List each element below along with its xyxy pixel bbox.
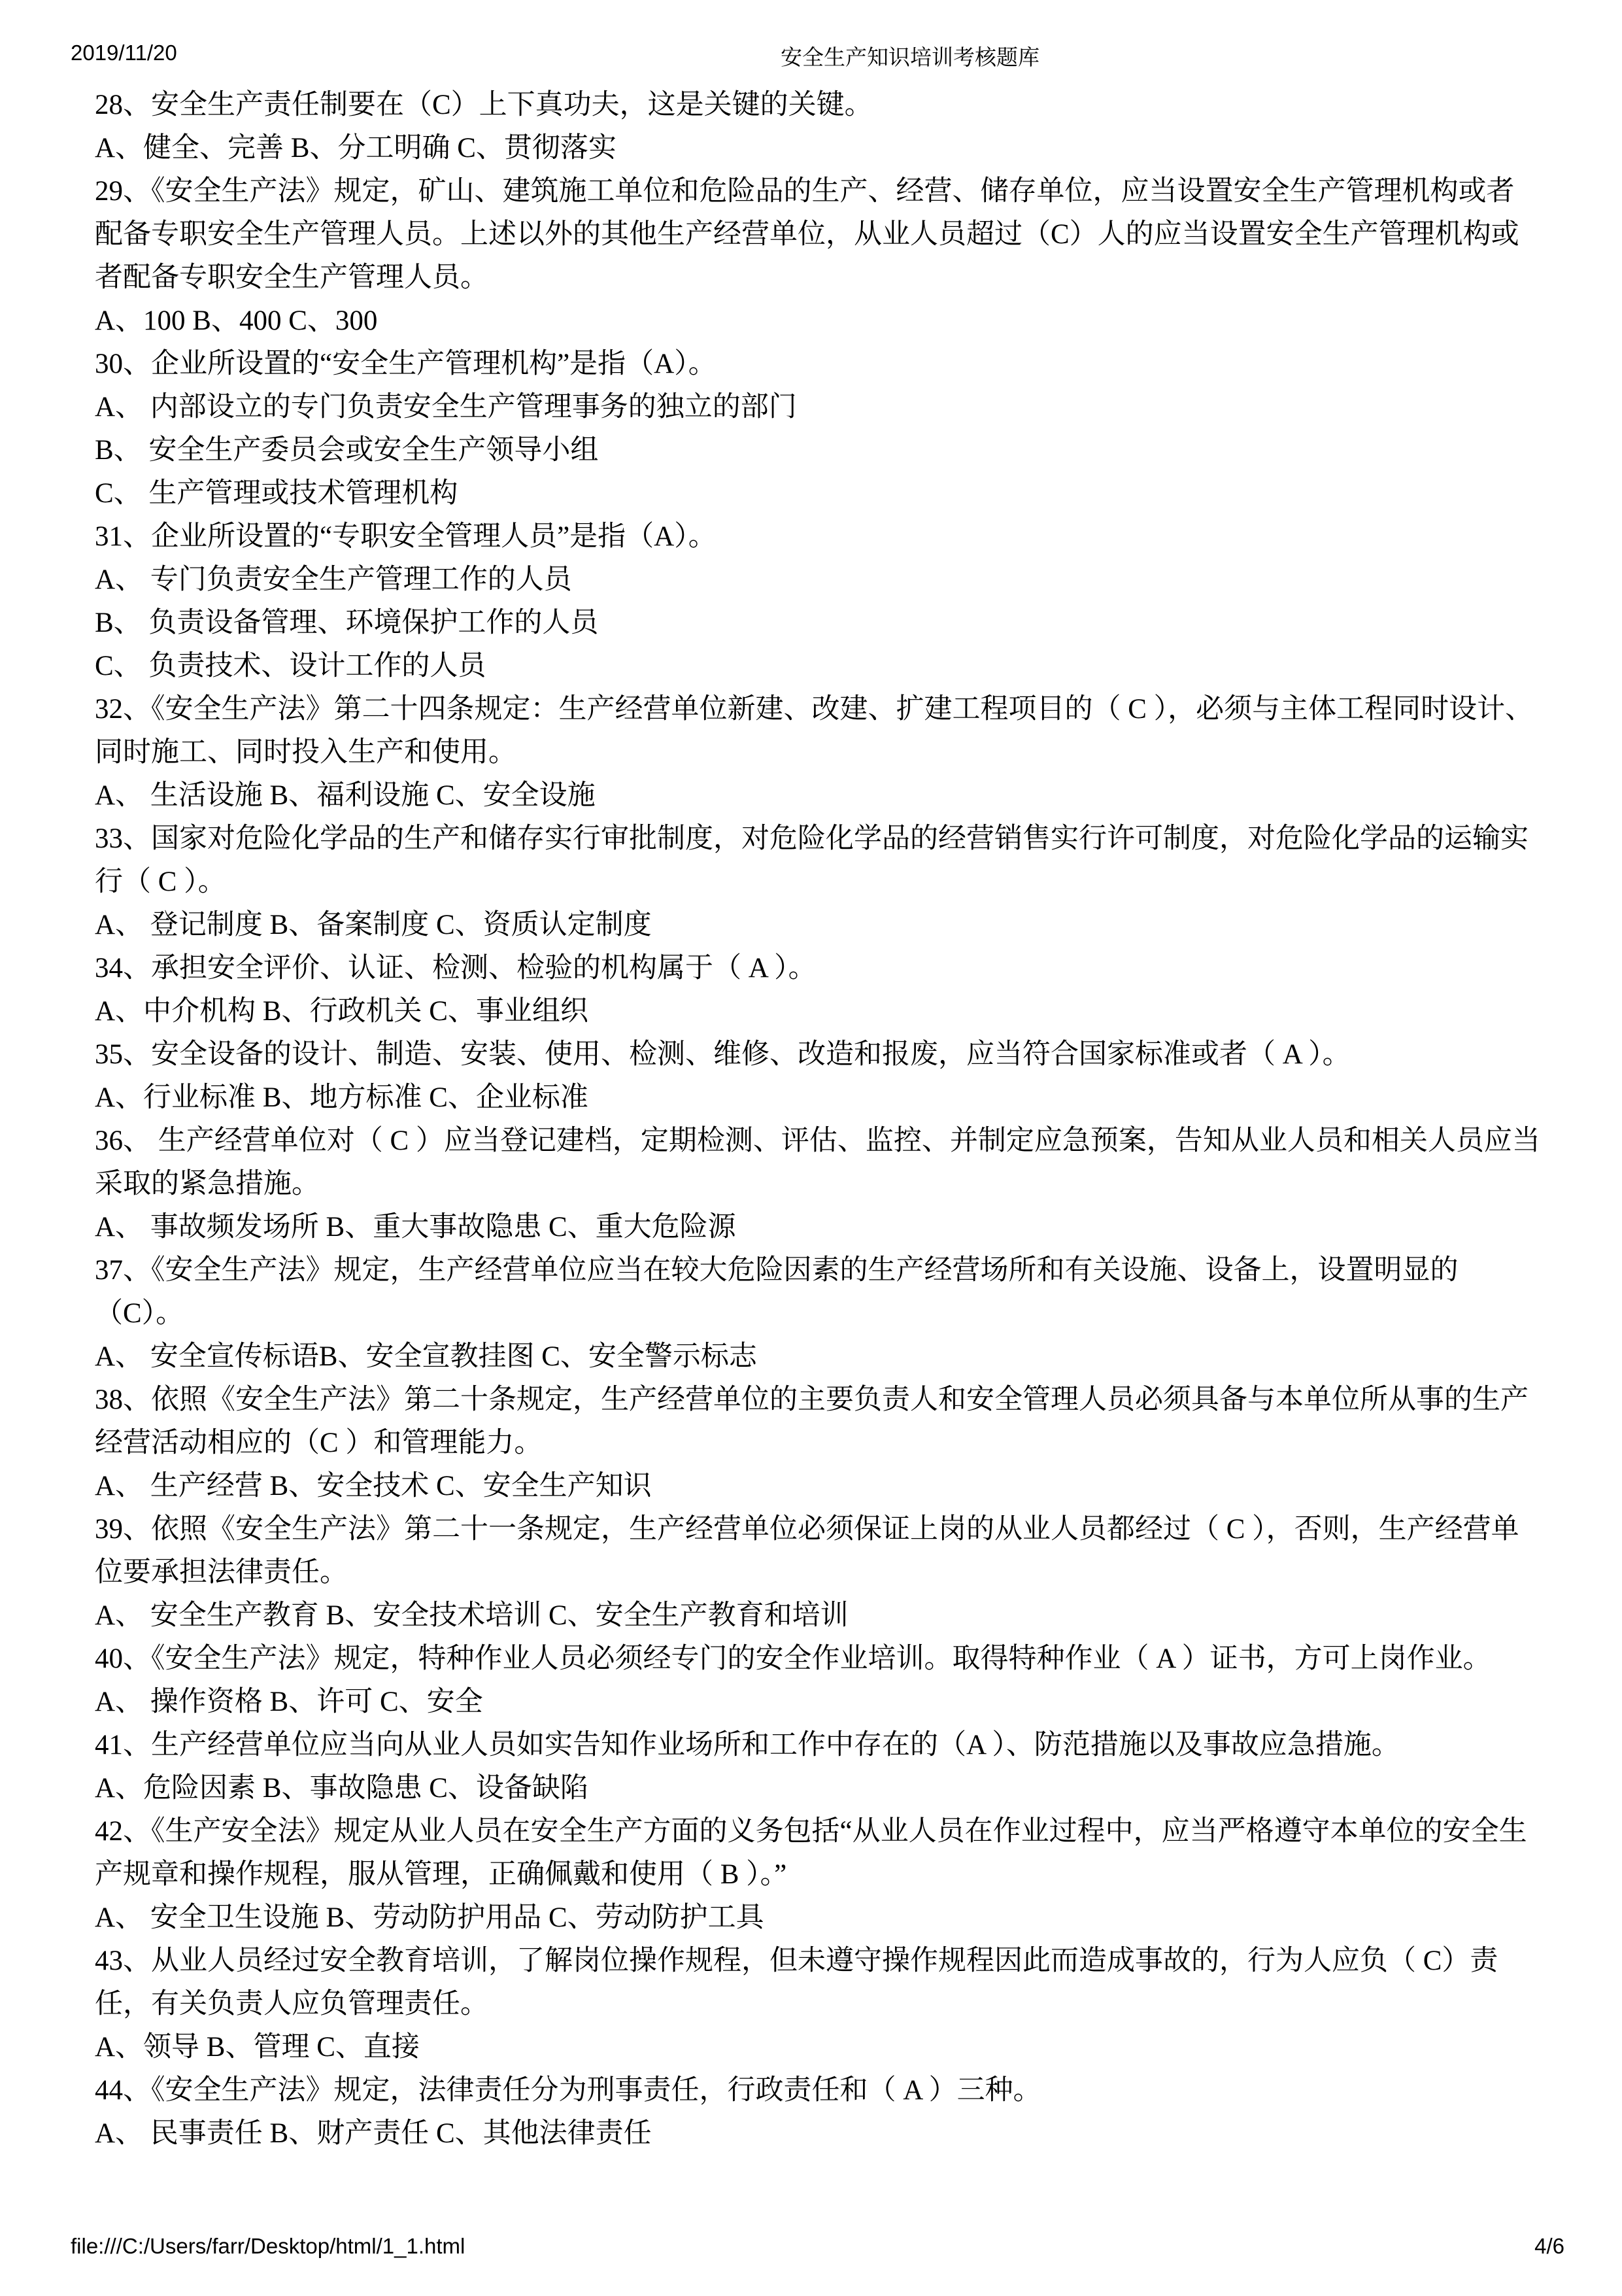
question-block-37: 37、《安全生产法》规定，生产经营单位应当在较大危险因素的生产经营场所和有关设施… bbox=[95, 1249, 1541, 1379]
question-block-35: 35、安全设备的设计、制造、安装、使用、检测、维修、改造和报废，应当符合国家标准… bbox=[95, 1033, 1541, 1120]
option-line: A、 安全卫生设施 B、劳动防护用品 C、劳动防护工具 bbox=[95, 1896, 1541, 1940]
question-block-43: 43、从业人员经过安全教育培训，了解岗位操作规程，但未遵守操作规程因此而造成事故… bbox=[95, 1940, 1541, 2069]
question-text: 36、 生产经营单位对（ C ）应当登记建档，定期检测、评估、监控、并制定应急预… bbox=[95, 1120, 1541, 1206]
option-line: C、 生产管理或技术管理机构 bbox=[95, 472, 1541, 515]
question-text: 38、依照《安全生产法》第二十条规定，生产经营单位的主要负责人和安全管理人员必须… bbox=[95, 1379, 1541, 1465]
option-line: A、 安全生产教育 B、安全技术培训 C、安全生产教育和培训 bbox=[95, 1594, 1541, 1637]
option-line: A、100 B、400 C、300 bbox=[95, 300, 1541, 343]
option-line: A、 登记制度 B、备案制度 C、资质认定制度 bbox=[95, 904, 1541, 947]
question-text: 33、国家对危险化学品的生产和储存实行审批制度，对危险化学品的经营销售实行许可制… bbox=[95, 817, 1541, 904]
option-line: A、 专门负责安全生产管理工作的人员 bbox=[95, 558, 1541, 602]
question-text: 41、生产经营单位应当向从业人员如实告知作业场所和工作中存在的（A ）、防范措施… bbox=[95, 1724, 1541, 1767]
question-block-34: 34、承担安全评价、认证、检测、检验的机构属于（ A ）。 A、中介机构 B、行… bbox=[95, 947, 1541, 1033]
option-line: C、 负责技术、设计工作的人员 bbox=[95, 645, 1541, 688]
question-text: 37、《安全生产法》规定，生产经营单位应当在较大危险因素的生产经营场所和有关设施… bbox=[95, 1249, 1541, 1335]
option-line: A、 内部设立的专门负责安全生产管理事务的独立的部门 bbox=[95, 386, 1541, 429]
question-block-39: 39、依照《安全生产法》第二十一条规定，生产经营单位必须保证上岗的从业人员都经过… bbox=[95, 1508, 1541, 1637]
question-block-33: 33、国家对危险化学品的生产和储存实行审批制度，对危险化学品的经营销售实行许可制… bbox=[95, 817, 1541, 947]
option-line: A、 操作资格 B、许可 C、安全 bbox=[95, 1681, 1541, 1724]
question-block-38: 38、依照《安全生产法》第二十条规定，生产经营单位的主要负责人和安全管理人员必须… bbox=[95, 1379, 1541, 1508]
print-footer: file:///C:/Users/farr/Desktop/html/1_1.h… bbox=[71, 2234, 1564, 2260]
question-text: 28、安全生产责任制要在（C）上下真功夫，这是关键的关键。 bbox=[95, 84, 1541, 127]
question-block-40: 40、《安全生产法》规定，特种作业人员必须经专门的安全作业培训。取得特种作业（ … bbox=[95, 1637, 1541, 1724]
question-block-32: 32、《安全生产法》第二十四条规定：生产经营单位新建、改建、扩建工程项目的（ C… bbox=[95, 688, 1541, 817]
question-text: 34、承担安全评价、认证、检测、检验的机构属于（ A ）。 bbox=[95, 947, 1541, 990]
file-url: file:///C:/Users/farr/Desktop/html/1_1.h… bbox=[71, 2234, 465, 2259]
option-line: A、中介机构 B、行政机关 C、事业组织 bbox=[95, 990, 1541, 1033]
question-block-41: 41、生产经营单位应当向从业人员如实告知作业场所和工作中存在的（A ）、防范措施… bbox=[95, 1724, 1541, 1810]
print-date: 2019/11/20 bbox=[71, 41, 177, 65]
question-text: 29、《安全生产法》规定，矿山、建筑施工单位和危险品的生产、经营、储存单位，应当… bbox=[95, 170, 1541, 300]
question-text: 32、《安全生产法》第二十四条规定：生产经营单位新建、改建、扩建工程项目的（ C… bbox=[95, 688, 1541, 774]
question-text: 40、《安全生产法》规定，特种作业人员必须经专门的安全作业培训。取得特种作业（ … bbox=[95, 1637, 1541, 1681]
option-line: A、危险因素 B、事故隐患 C、设备缺陷 bbox=[95, 1767, 1541, 1810]
question-text: 31、企业所设置的“专职安全管理人员”是指（A）。 bbox=[95, 515, 1541, 558]
question-block-42: 42、《生产安全法》规定从业人员在安全生产方面的义务包括“从业人员在作业过程中，… bbox=[95, 1810, 1541, 1940]
question-text: 39、依照《安全生产法》第二十一条规定，生产经营单位必须保证上岗的从业人员都经过… bbox=[95, 1508, 1541, 1594]
option-line: B、 负责设备管理、环境保护工作的人员 bbox=[95, 602, 1541, 645]
option-line: A、健全、完善 B、分工明确 C、贯彻落实 bbox=[95, 127, 1541, 170]
question-block-36: 36、 生产经营单位对（ C ）应当登记建档，定期检测、评估、监控、并制定应急预… bbox=[95, 1120, 1541, 1249]
question-block-28: 28、安全生产责任制要在（C）上下真功夫，这是关键的关键。 A、健全、完善 B、… bbox=[95, 84, 1541, 170]
question-text: 30、企业所设置的“安全生产管理机构”是指（A）。 bbox=[95, 343, 1541, 386]
option-line: A、 生活设施 B、福利设施 C、安全设施 bbox=[95, 774, 1541, 817]
option-line: A、领导 B、管理 C、直接 bbox=[95, 2026, 1541, 2069]
question-text: 42、《生产安全法》规定从业人员在安全生产方面的义务包括“从业人员在作业过程中，… bbox=[95, 1810, 1541, 1896]
option-line: A、 事故频发场所 B、重大事故隐患 C、重大危险源 bbox=[95, 1206, 1541, 1249]
option-line: A、 民事责任 B、财产责任 C、其他法律责任 bbox=[95, 2112, 1541, 2155]
page-number: 4/6 bbox=[1534, 2234, 1564, 2259]
option-line: A、 安全宣传标语B、安全宣教挂图 C、安全警示标志 bbox=[95, 1335, 1541, 1379]
printed-document-page: 2019/11/20 安全生产知识培训考核题库 28、安全生产责任制要在（C）上… bbox=[0, 0, 1622, 2296]
option-line: A、 生产经营 B、安全技术 C、安全生产知识 bbox=[95, 1465, 1541, 1508]
option-line: A、行业标准 B、地方标准 C、企业标准 bbox=[95, 1076, 1541, 1120]
option-line: B、 安全生产委员会或安全生产领导小组 bbox=[95, 429, 1541, 472]
question-text: 44、《安全生产法》规定，法律责任分为刑事责任，行政责任和（ A ）三种。 bbox=[95, 2069, 1541, 2112]
question-block-31: 31、企业所设置的“专职安全管理人员”是指（A）。 A、 专门负责安全生产管理工… bbox=[95, 515, 1541, 688]
question-block-44: 44、《安全生产法》规定，法律责任分为刑事责任，行政责任和（ A ）三种。 A、… bbox=[95, 2069, 1541, 2155]
question-block-29: 29、《安全生产法》规定，矿山、建筑施工单位和危险品的生产、经营、储存单位，应当… bbox=[95, 170, 1541, 343]
print-header: 2019/11/20 安全生产知识培训考核题库 bbox=[71, 41, 1551, 67]
question-text: 43、从业人员经过安全教育培训，了解岗位操作规程，但未遵守操作规程因此而造成事故… bbox=[95, 1940, 1541, 2026]
question-text: 35、安全设备的设计、制造、安装、使用、检测、维修、改造和报废，应当符合国家标准… bbox=[95, 1033, 1541, 1076]
question-block-30: 30、企业所设置的“安全生产管理机构”是指（A）。 A、 内部设立的专门负责安全… bbox=[95, 343, 1541, 515]
document-title: 安全生产知识培训考核题库 bbox=[781, 41, 1039, 71]
question-list: 28、安全生产责任制要在（C）上下真功夫，这是关键的关键。 A、健全、完善 B、… bbox=[95, 84, 1541, 2155]
